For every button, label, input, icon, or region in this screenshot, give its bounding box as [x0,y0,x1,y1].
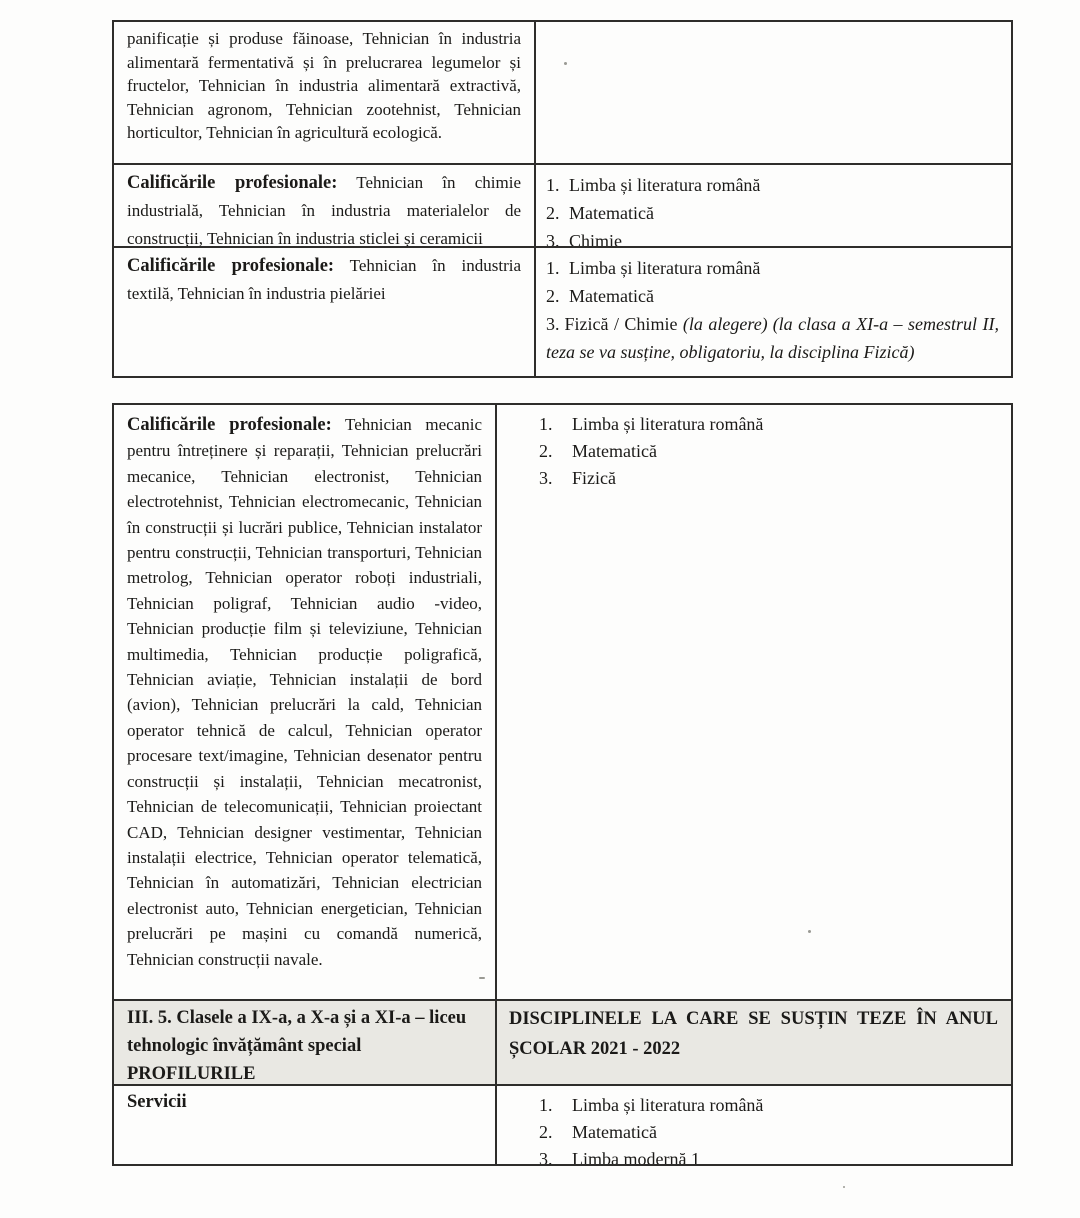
table-row: Calificările profesionale: Tehnician în … [114,246,1011,376]
subject-item: 3.Limba modernă 1 [539,1146,999,1164]
item-number: 3. [539,465,572,492]
item-text: Limba și literatura română [569,175,760,195]
subject-item: 1.Limba și literatura română [539,1092,999,1119]
item-text: Matematică [572,441,657,461]
table-qualifications-lower: Calificările profesionale: Tehnician mec… [112,403,1013,1166]
section-header-left: III. 5. Clasele a IX-a, a X-a și a XI-a … [114,1001,497,1084]
item-number: 2. [546,282,569,310]
subject-item: 3.Chimie [546,227,999,246]
cell-text: panificație și produse făinoase, Tehnici… [127,29,521,142]
item-text: Chimie [569,231,622,246]
subjects-cell-empty [536,22,1011,163]
subject-item: 2.Matematică [539,1119,999,1146]
cell-lead-label: Calificările profesionale: [127,173,337,193]
item-number: 2. [546,199,569,227]
item-text: Fizică [572,468,616,488]
item-text: Matematică [569,203,654,223]
item-number: 3. [546,314,565,334]
table-qualifications-upper: panificație și produse făinoase, Tehnici… [112,20,1013,378]
item-text: Limba și literatura română [569,258,760,278]
subjects-cell: 1.Limba și literatura română 2.Matematic… [536,165,1011,246]
item-text: Limba și literatura română [572,414,763,434]
cell-lead-label: Calificările profesionale: [127,256,334,276]
profile-cell: Servicii [114,1086,497,1164]
qualifications-cell: Calificările profesionale: Tehnician în … [114,248,536,376]
scanned-document-page: panificație și produse făinoase, Tehnici… [0,0,1080,1218]
item-number: 2. [539,1119,572,1146]
item-number: 1. [546,254,569,282]
subject-item: 1.Limba și literatura română [546,254,999,282]
table-row: panificație și produse făinoase, Tehnici… [114,22,1011,163]
item-text: Matematică [569,286,654,306]
item-text: Limba modernă 1 [572,1149,700,1164]
item-text-italic: (la alegere) [683,314,768,334]
item-number: 3. [539,1146,572,1164]
subject-item: 1.Limba și literatura română [539,411,999,438]
subjects-cell: 1.Limba și literatura română 2.Matematic… [497,1086,1011,1164]
subject-item: 2.Matematică [546,199,999,227]
item-number: 3. [546,227,569,246]
subject-item: 3.Fizică / Chimie (la alegere)(la clasa … [546,310,999,366]
subject-item: 1.Limba și literatura română [546,171,999,199]
section-header-right: DISCIPLINELE LA CARE SE SUSȚIN TEZE ÎN A… [497,1001,1011,1084]
qualifications-cell: panificație și produse făinoase, Tehnici… [114,22,536,163]
subject-item: 2.Matematică [546,282,999,310]
item-number: 1. [546,171,569,199]
subject-item: 3.Fizică [539,465,999,492]
item-number: 1. [539,1092,572,1119]
table-header-row: III. 5. Clasele a IX-a, a X-a și a XI-a … [114,999,1011,1084]
subjects-cell: 1.Limba și literatura română 2.Matematic… [497,405,1011,999]
table-row: Calificările profesionale: Tehnician în … [114,163,1011,246]
qualifications-cell: Calificările profesionale: Tehnician mec… [114,405,497,999]
item-text: Fizică / Chimie [565,314,683,334]
item-number: 1. [539,411,572,438]
cell-text: Tehnician mecanic pentru întreținere și … [127,415,482,969]
cell-lead-label: Calificările profesionale: [127,415,332,435]
scan-speck [808,930,811,933]
scan-speck [843,1186,845,1188]
item-text: Limba și literatura română [572,1095,763,1115]
subjects-cell: 1.Limba și literatura română 2.Matematic… [536,248,1011,376]
table-row: Calificările profesionale: Tehnician mec… [114,405,1011,999]
qualifications-cell: Calificările profesionale: Tehnician în … [114,165,536,246]
subject-item: 2.Matematică [539,438,999,465]
scan-speck [564,62,567,65]
table-row: Servicii 1.Limba și literatura română 2.… [114,1084,1011,1164]
item-number: 2. [539,438,572,465]
item-text: Matematică [572,1122,657,1142]
scan-speck [479,977,485,979]
